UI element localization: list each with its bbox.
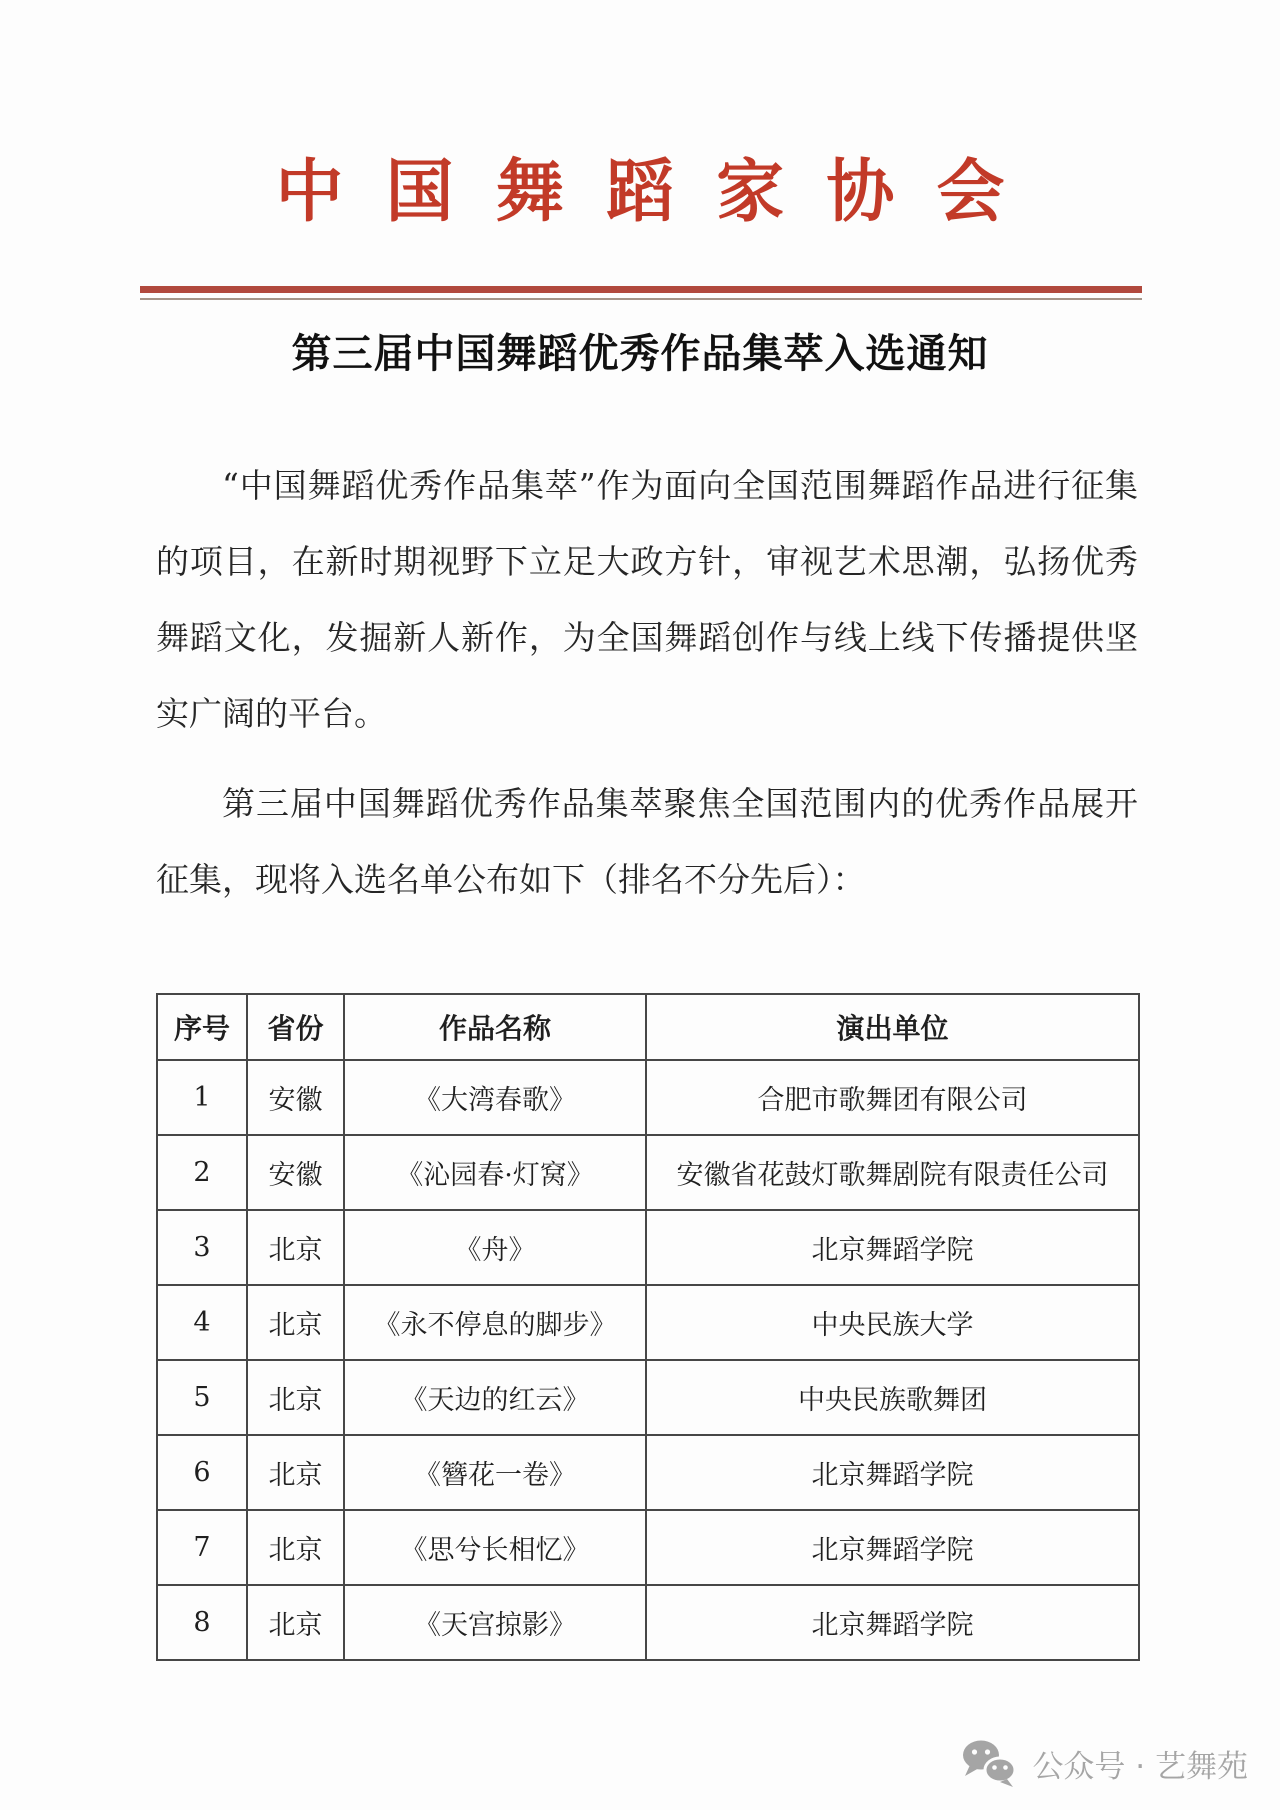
cell-serial: 2 bbox=[157, 1135, 247, 1210]
cell-province: 安徽 bbox=[247, 1060, 344, 1135]
table-row: 2 安徽 《沁园春·灯窝》 安徽省花鼓灯歌舞剧院有限责任公司 bbox=[157, 1135, 1139, 1210]
table-row: 6 北京 《簪花一卷》 北京舞蹈学院 bbox=[157, 1435, 1139, 1510]
table-row: 3 北京 《舟》 北京舞蹈学院 bbox=[157, 1210, 1139, 1285]
cell-performer: 中央民族大学 bbox=[646, 1285, 1139, 1360]
column-header-serial: 序号 bbox=[157, 994, 247, 1060]
letterhead-rule bbox=[140, 286, 1142, 300]
cell-province: 北京 bbox=[247, 1360, 344, 1435]
column-header-work: 作品名称 bbox=[344, 994, 646, 1060]
letterhead-org-name: 中国舞蹈家协会 bbox=[0, 138, 1280, 235]
wechat-icon bbox=[960, 1738, 1018, 1788]
cell-performer: 北京舞蹈学院 bbox=[646, 1210, 1139, 1285]
cell-performer: 北京舞蹈学院 bbox=[646, 1510, 1139, 1585]
selection-table: 序号 省份 作品名称 演出单位 1 安徽 《大湾春歌》 合肥市歌舞团有限公司 2… bbox=[156, 993, 1140, 1661]
cell-work: 《沁园春·灯窝》 bbox=[344, 1135, 646, 1210]
cell-work: 《天宫掠影》 bbox=[344, 1585, 646, 1660]
cell-province: 北京 bbox=[247, 1435, 344, 1510]
cell-serial: 3 bbox=[157, 1210, 247, 1285]
watermark: 公众号 · 艺舞苑 bbox=[960, 1738, 1248, 1788]
cell-work: 《舟》 bbox=[344, 1210, 646, 1285]
letterhead-rule-thick bbox=[140, 286, 1142, 293]
cell-performer: 北京舞蹈学院 bbox=[646, 1585, 1139, 1660]
cell-province: 北京 bbox=[247, 1285, 344, 1360]
cell-performer: 北京舞蹈学院 bbox=[646, 1435, 1139, 1510]
column-header-performer: 演出单位 bbox=[646, 994, 1139, 1060]
table-row: 7 北京 《思兮长相忆》 北京舞蹈学院 bbox=[157, 1510, 1139, 1585]
cell-serial: 1 bbox=[157, 1060, 247, 1135]
table-row: 4 北京 《永不停息的脚步》 中央民族大学 bbox=[157, 1285, 1139, 1360]
paragraph-announcement: 第三届中国舞蹈优秀作品集萃聚焦全国范围内的优秀作品展开征集，现将入选名单公布如下… bbox=[156, 766, 1138, 918]
cell-serial: 5 bbox=[157, 1360, 247, 1435]
watermark-text: 公众号 · 艺舞苑 bbox=[1032, 1741, 1248, 1786]
table-header-row: 序号 省份 作品名称 演出单位 bbox=[157, 994, 1139, 1060]
cell-serial: 4 bbox=[157, 1285, 247, 1360]
cell-serial: 8 bbox=[157, 1585, 247, 1660]
cell-work: 《簪花一卷》 bbox=[344, 1435, 646, 1510]
letterhead-rule-thin bbox=[140, 298, 1142, 300]
cell-serial: 7 bbox=[157, 1510, 247, 1585]
paragraph-intro: “中国舞蹈优秀作品集萃”作为面向全国范围舞蹈作品进行征集的项目，在新时期视野下立… bbox=[156, 448, 1138, 752]
cell-performer: 安徽省花鼓灯歌舞剧院有限责任公司 bbox=[646, 1135, 1139, 1210]
cell-work: 《天边的红云》 bbox=[344, 1360, 646, 1435]
cell-performer: 中央民族歌舞团 bbox=[646, 1360, 1139, 1435]
cell-work: 《思兮长相忆》 bbox=[344, 1510, 646, 1585]
cell-province: 安徽 bbox=[247, 1135, 344, 1210]
cell-work: 《大湾春歌》 bbox=[344, 1060, 646, 1135]
notice-body: “中国舞蹈优秀作品集萃”作为面向全国范围舞蹈作品进行征集的项目，在新时期视野下立… bbox=[156, 448, 1138, 918]
document-page: 中国舞蹈家协会 第三届中国舞蹈优秀作品集萃入选通知 “中国舞蹈优秀作品集萃”作为… bbox=[0, 0, 1280, 1810]
cell-performer: 合肥市歌舞团有限公司 bbox=[646, 1060, 1139, 1135]
cell-serial: 6 bbox=[157, 1435, 247, 1510]
notice-title: 第三届中国舞蹈优秀作品集萃入选通知 bbox=[0, 322, 1280, 379]
column-header-province: 省份 bbox=[247, 994, 344, 1060]
table-row: 5 北京 《天边的红云》 中央民族歌舞团 bbox=[157, 1360, 1139, 1435]
cell-province: 北京 bbox=[247, 1585, 344, 1660]
cell-province: 北京 bbox=[247, 1210, 344, 1285]
table-row: 8 北京 《天宫掠影》 北京舞蹈学院 bbox=[157, 1585, 1139, 1660]
cell-province: 北京 bbox=[247, 1510, 344, 1585]
table-row: 1 安徽 《大湾春歌》 合肥市歌舞团有限公司 bbox=[157, 1060, 1139, 1135]
cell-work: 《永不停息的脚步》 bbox=[344, 1285, 646, 1360]
